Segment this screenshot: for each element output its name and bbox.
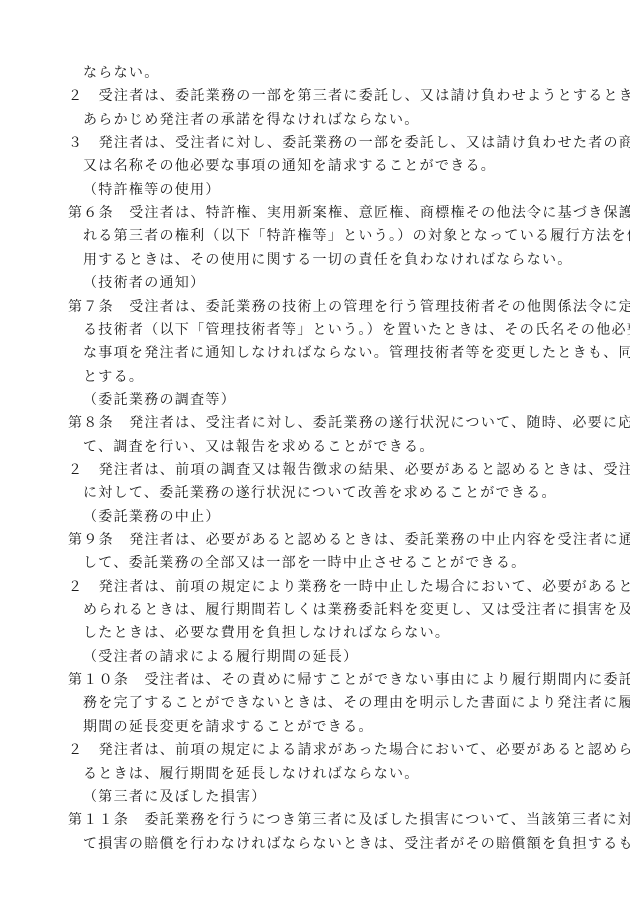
article-heading-line: 第１１条 委託業務を行うにつき第三者に及ぼした損害について、当該第三者に対し	[68, 809, 630, 832]
body-text-line: な事項を発注者に通知しなければならない。管理技術者等を変更したときも、同様	[83, 342, 630, 365]
body-text-line: るときは、履行期間を延長しなければならない。	[83, 763, 420, 786]
document-page: ならない。２ 受注者は、委託業務の一部を第三者に委託し、又は請け負わせようとする…	[0, 0, 630, 903]
body-text-line: ２ 発注者は、前項の規定により業務を一時中止した場合において、必要があると認	[68, 576, 630, 599]
body-text-line: ２ 発注者は、前項の調査又は報告徴求の結果、必要があると認めるときは、受注者	[68, 459, 630, 482]
body-text-line: したときは、必要な費用を負担しなければならない。	[83, 622, 450, 645]
article-caption: （特許権等の使用）	[83, 179, 221, 202]
article-heading-line: 第８条 発注者は、受注者に対し、委託業務の遂行状況について、随時、必要に応じ	[68, 412, 630, 435]
body-text-line: とする。	[83, 366, 144, 389]
body-text-line: 用するときは、その使用に関する一切の責任を負わなければならない。	[83, 249, 573, 272]
article-caption: （委託業務の調査等）	[83, 389, 236, 412]
article-caption: （受注者の請求による履行期間の延長）	[83, 646, 358, 669]
body-text-line: て損害の賠償を行わなければならないときは、受注者がその賠償額を負担するもの	[83, 833, 630, 856]
body-text-line: 又は名称その他必要な事項の通知を請求することができる。	[83, 155, 496, 178]
body-text-line: て、調査を行い、又は報告を求めることができる。	[83, 436, 435, 459]
article-caption: （第三者に及ぼした損害）	[83, 786, 267, 809]
body-text-line: ３ 発注者は、受注者に対し、委託業務の一部を委託し、又は請け負わせた者の商号	[68, 132, 630, 155]
article-heading-line: 第９条 発注者は、必要があると認めるときは、委託業務の中止内容を受注者に通知	[68, 529, 630, 552]
article-caption: （委託業務の中止）	[83, 506, 221, 529]
article-heading-line: 第７条 受注者は、委託業務の技術上の管理を行う管理技術者その他関係法令に定め	[68, 296, 630, 319]
body-text-line: ２ 発注者は、前項の規定による請求があった場合において、必要があると認められ	[68, 739, 630, 762]
body-text-line: ならない。	[83, 62, 160, 85]
body-text-line: る技術者（以下「管理技術者等」という。）を置いたときは、その氏名その他必要	[83, 319, 630, 342]
body-text-line: して、委託業務の全部又は一部を一時中止させることができる。	[83, 552, 526, 575]
body-text-line: あらかじめ発注者の承諾を得なければならない。	[83, 109, 420, 132]
article-heading-line: 第６条 受注者は、特許権、実用新案権、意匠権、商標権その他法令に基づき保護さ	[68, 202, 630, 225]
body-text-line: ２ 受注者は、委託業務の一部を第三者に委託し、又は請け負わせようとするときは、	[68, 85, 630, 108]
body-text-line: められるときは、履行期間若しくは業務委託料を変更し、又は受注者に損害を及ぼ	[83, 599, 630, 622]
body-text-line: れる第三者の権利（以下「特許権等」という。）の対象となっている履行方法を使	[83, 225, 630, 248]
body-text-line: に対して、委託業務の遂行状況について改善を求めることができる。	[83, 482, 557, 505]
body-text-line: 期間の延長変更を請求することができる。	[83, 716, 374, 739]
article-caption: （技術者の通知）	[83, 272, 205, 295]
body-text-line: 務を完了することができないときは、その理由を明示した書面により発注者に履行	[83, 692, 630, 715]
article-heading-line: 第１０条 受注者は、その責めに帰すことができない事由により履行期間内に委託業	[68, 669, 630, 692]
